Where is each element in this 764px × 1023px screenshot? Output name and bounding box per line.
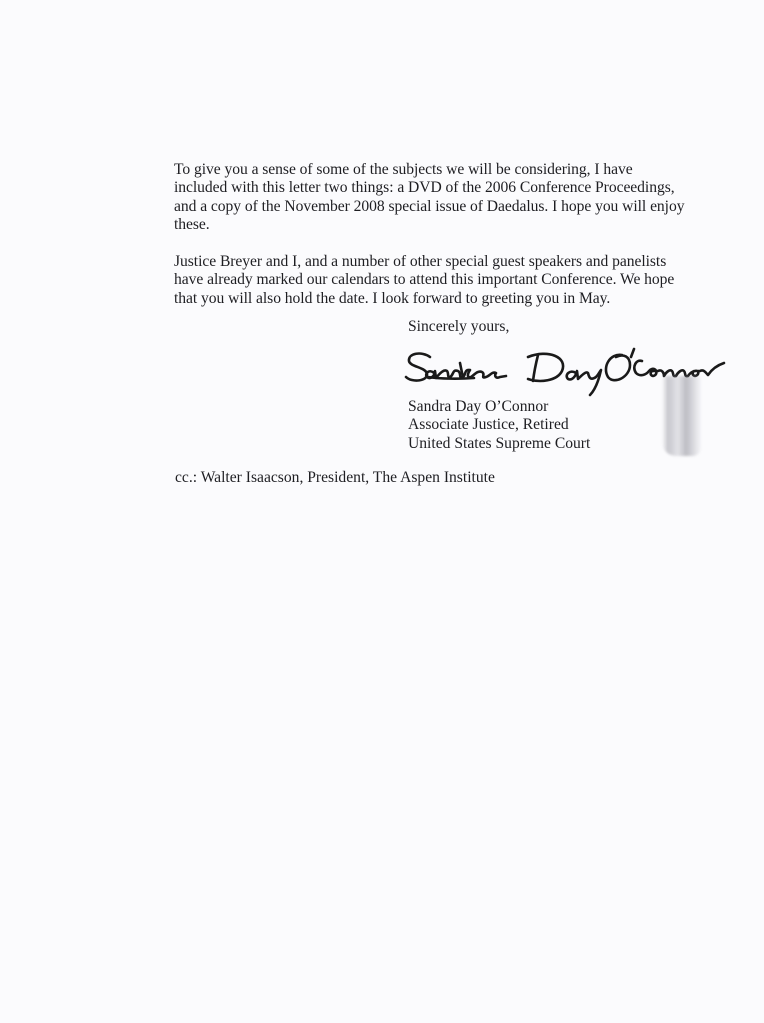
signatory-title: Associate Justice, Retired [408, 416, 590, 434]
ink-smudge [662, 376, 702, 456]
letter-page: To give you a sense of some of the subje… [0, 0, 764, 1023]
paragraph-text: Justice Breyer and I, and a number of ot… [174, 253, 714, 308]
paragraph-subjects: To give you a sense of some of the subje… [174, 161, 714, 235]
cc-line: cc.: Walter Isaacson, President, The Asp… [175, 469, 495, 487]
signature-block: Sandra Day O’Connor Associate Justice, R… [408, 398, 590, 453]
paragraph-calendar: Justice Breyer and I, and a number of ot… [174, 253, 714, 308]
signatory-name: Sandra Day O’Connor [408, 398, 590, 416]
paragraph-text: To give you a sense of some of the subje… [174, 161, 714, 235]
closing-salutation: Sincerely yours, [408, 318, 509, 336]
signatory-organization: United States Supreme Court [408, 435, 590, 453]
